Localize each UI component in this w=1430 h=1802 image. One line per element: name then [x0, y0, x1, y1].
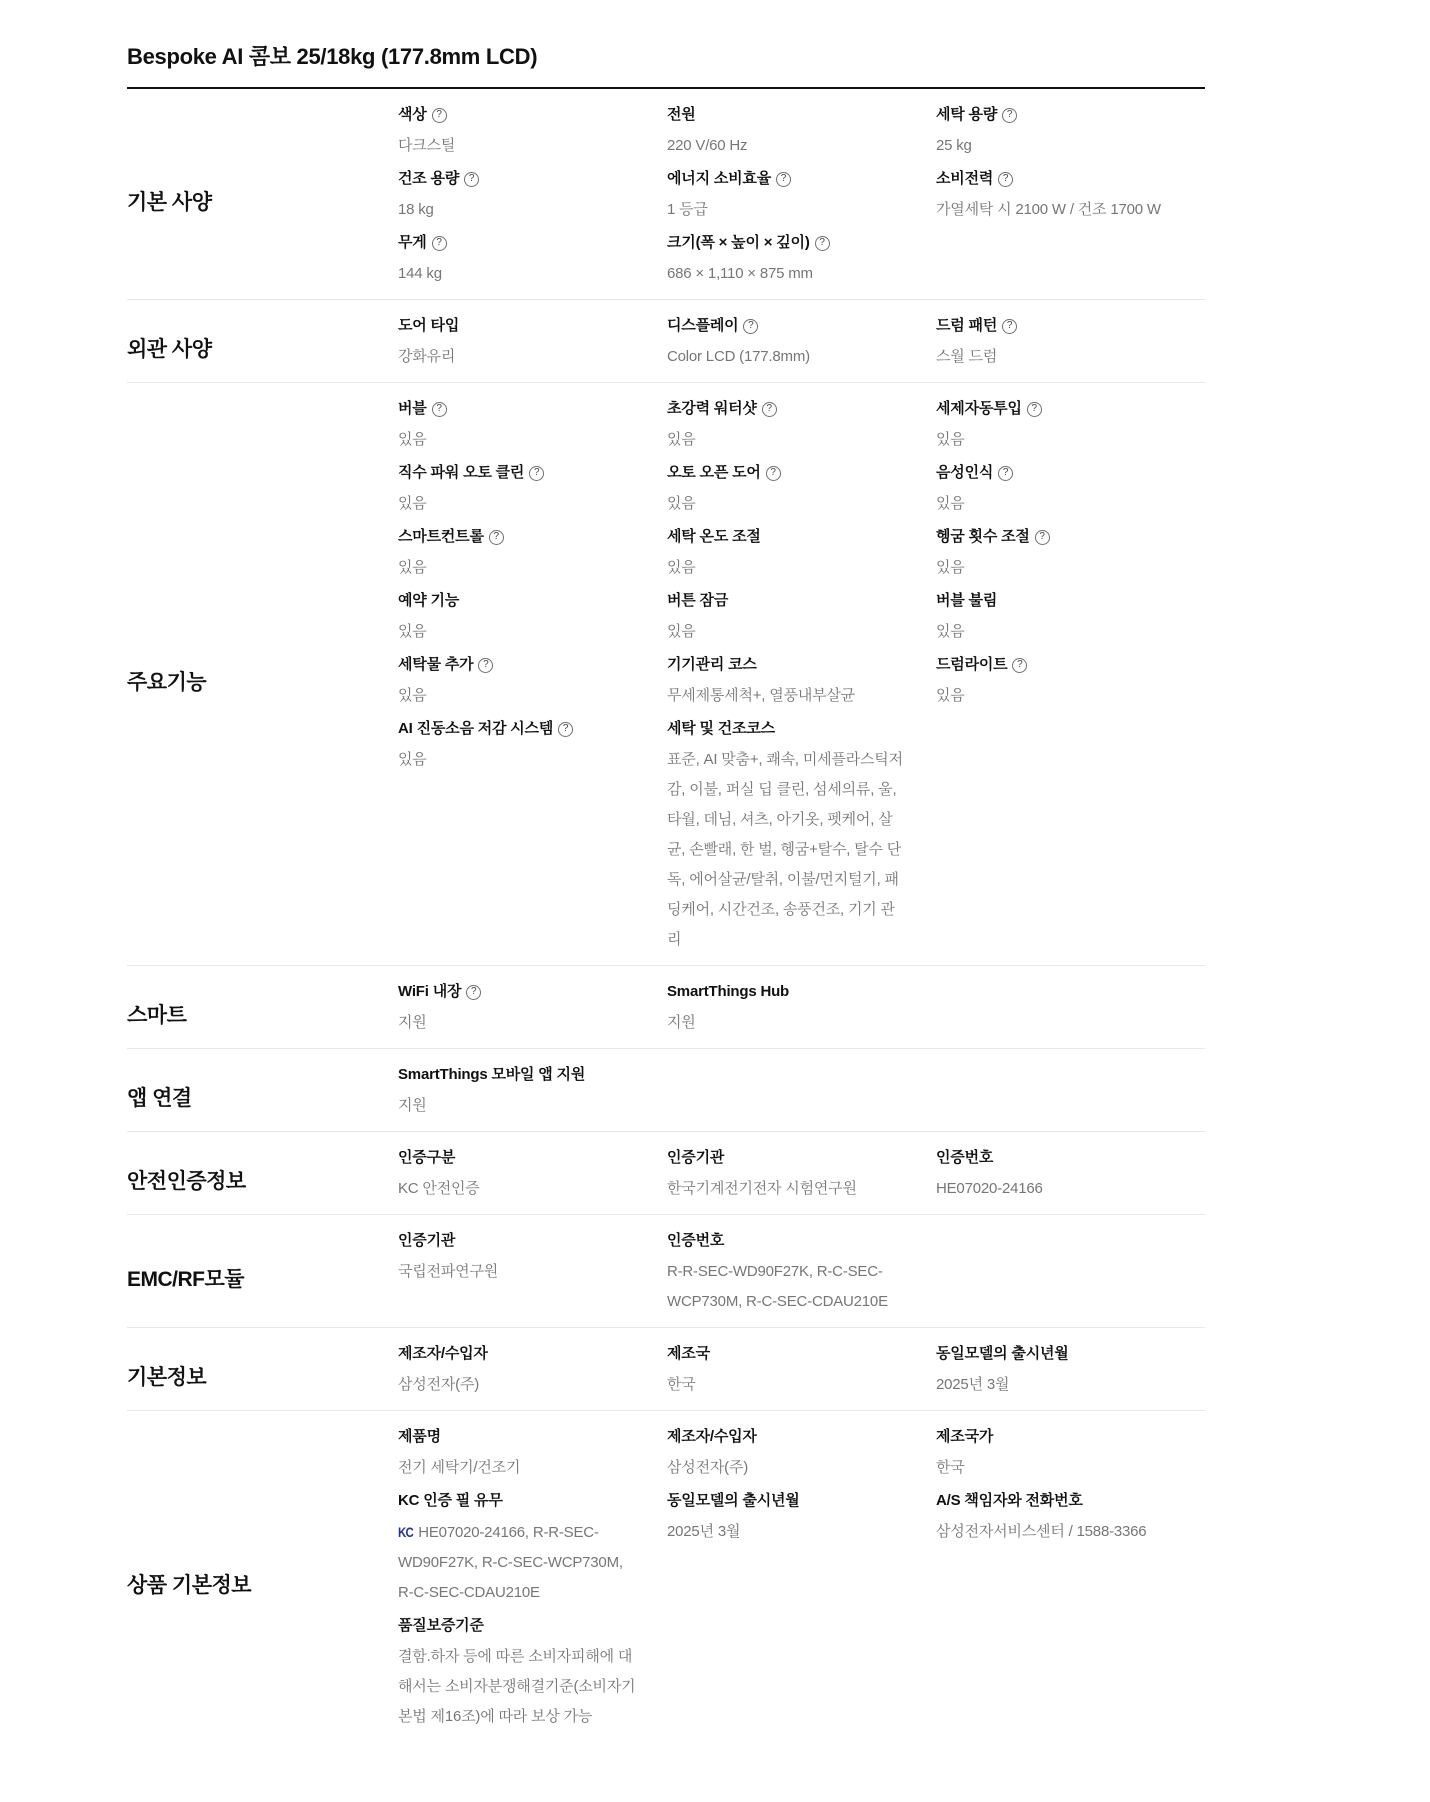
help-icon[interactable]: ?: [529, 466, 544, 481]
spec-value: 전기 세탁기/건조기: [398, 1453, 639, 1483]
spec-value: 다크스틸: [398, 131, 639, 161]
spec-label-row: 디스플레이?: [667, 316, 908, 336]
spec-item: 인증번호R-R-SEC-WD90F27K, R-C-SEC-WCP730M, R…: [667, 1231, 936, 1317]
spec-label: 품질보증기준: [398, 1617, 484, 1634]
spec-label: 제품명: [398, 1428, 441, 1445]
spec-label: SmartThings 모바일 앱 지원: [398, 1066, 585, 1083]
help-icon[interactable]: ?: [776, 172, 791, 187]
spec-label: 세제자동투입: [936, 400, 1022, 417]
spec-label-row: 드럼 패턴?: [936, 316, 1177, 336]
spec-label-row: 제조국: [667, 1344, 908, 1364]
spec-value: 삼성전자(주): [398, 1370, 639, 1400]
spec-value: 25 kg: [936, 131, 1177, 161]
spec-row: 제품명전기 세탁기/건조기제조자/수입자삼성전자(주)제조국가한국: [398, 1427, 1205, 1491]
spec-value: 있음: [398, 553, 639, 583]
spec-label-row: 인증번호: [667, 1231, 908, 1251]
spec-item: SmartThings 모바일 앱 지원지원: [398, 1065, 667, 1121]
spec-label: 무게: [398, 234, 427, 251]
spec-label: SmartThings Hub: [667, 983, 789, 1000]
spec-value-text: HE07020-24166, R-R-SEC-WD90F27K, R-C-SEC…: [398, 1524, 623, 1601]
spec-label: 에너지 소비효율: [667, 170, 771, 187]
spec-label: 세탁 용량: [936, 106, 997, 123]
spec-row: 품질보증기준결함.하자 등에 따른 소비자피해에 대해서는 소비자분쟁해결기준(…: [398, 1616, 1205, 1740]
spec-item: 색상?다크스틸: [398, 105, 667, 161]
help-icon[interactable]: ?: [998, 466, 1013, 481]
section-title: 기본 사양: [127, 186, 398, 216]
spec-item: SmartThings Hub지원: [667, 982, 936, 1038]
section-title: 주요기능: [127, 666, 398, 696]
spec-label-row: 건조 용량?: [398, 169, 639, 189]
spec-label: 버튼 잠금: [667, 592, 728, 609]
spec-value: 스월 드럼: [936, 342, 1177, 372]
spec-value: Color LCD (177.8mm): [667, 342, 908, 372]
spec-label: KC 인증 필 유무: [398, 1492, 503, 1509]
help-icon[interactable]: ?: [558, 722, 573, 737]
spec-value: 삼성전자(주): [667, 1453, 908, 1483]
spec-item: 오토 오픈 도어?있음: [667, 463, 936, 519]
spec-value: 한국기계전기전자 시험연구원: [667, 1174, 908, 1204]
help-icon[interactable]: ?: [478, 658, 493, 673]
spec-section-2: 주요기능버블?있음초강력 워터샷?있음세제자동투입?있음직수 파워 오토 클린?…: [127, 382, 1205, 965]
spec-row: 인증구분KC 안전인증인증기관한국기계전기전자 시험연구원인증번호HE07020…: [398, 1148, 1205, 1212]
spec-value: 지원: [667, 1008, 908, 1038]
spec-label-row: 색상?: [398, 105, 639, 125]
spec-label-row: A/S 책임자와 전화번호: [936, 1491, 1177, 1511]
spec-item: 버블?있음: [398, 399, 667, 455]
spec-item: 헹굼 횟수 조절?있음: [936, 527, 1205, 583]
spec-item: 드럼라이트?있음: [936, 655, 1205, 711]
spec-item: 스마트컨트롤?있음: [398, 527, 667, 583]
spec-label: 동일모델의 출시년월: [936, 1345, 1069, 1362]
spec-label: 색상: [398, 106, 427, 123]
spec-label-row: 세탁물 추가?: [398, 655, 639, 675]
spec-label: 오토 오픈 도어: [667, 464, 761, 481]
spec-value: 2025년 3월: [936, 1370, 1177, 1400]
help-icon[interactable]: ?: [464, 172, 479, 187]
spec-item: 드럼 패턴?스월 드럼: [936, 316, 1205, 372]
section-title: 앱 연결: [127, 1082, 398, 1112]
spec-value: KC 안전인증: [398, 1174, 639, 1204]
spec-label: 제조자/수입자: [398, 1345, 488, 1362]
spec-item: 인증기관한국기계전기전자 시험연구원: [667, 1148, 936, 1204]
spec-value: HE07020-24166: [936, 1174, 1177, 1204]
spec-label-row: 에너지 소비효율?: [667, 169, 908, 189]
spec-label-row: SmartThings 모바일 앱 지원: [398, 1065, 639, 1085]
help-icon[interactable]: ?: [998, 172, 1013, 187]
spec-label-row: 인증기관: [398, 1231, 639, 1251]
spec-label: 드럼 패턴: [936, 317, 997, 334]
help-icon[interactable]: ?: [743, 319, 758, 334]
spec-label: 제조국가: [936, 1428, 993, 1445]
section-body: 버블?있음초강력 워터샷?있음세제자동투입?있음직수 파워 오토 클린?있음오토…: [398, 399, 1205, 963]
spec-value: 한국: [667, 1370, 908, 1400]
spec-item: 버블 불림있음: [936, 591, 1205, 647]
spec-label: WiFi 내장: [398, 983, 461, 1000]
help-icon[interactable]: ?: [1027, 402, 1042, 417]
help-icon[interactable]: ?: [432, 236, 447, 251]
spec-item: KC 인증 필 유무KCHE07020-24166, R-R-SEC-WD90F…: [398, 1491, 667, 1608]
spec-value: 있음: [936, 617, 1177, 647]
spec-section-1: 외관 사양도어 타입강화유리디스플레이?Color LCD (177.8mm)드…: [127, 299, 1205, 382]
spec-item: 제조국한국: [667, 1344, 936, 1400]
spec-item: 디스플레이?Color LCD (177.8mm): [667, 316, 936, 372]
spec-label-row: 오토 오픈 도어?: [667, 463, 908, 483]
spec-item: 동일모델의 출시년월2025년 3월: [667, 1491, 936, 1608]
spec-label: 소비전력: [936, 170, 993, 187]
spec-label-row: 기기관리 코스: [667, 655, 908, 675]
spec-item: 세탁 용량?25 kg: [936, 105, 1205, 161]
spec-value: 지원: [398, 1008, 639, 1038]
spec-label: 드럼라이트: [936, 656, 1007, 673]
spec-item: 기기관리 코스무세제통세척+, 열풍내부살균: [667, 655, 936, 711]
spec-item: 예약 기능있음: [398, 591, 667, 647]
spec-row: 도어 타입강화유리디스플레이?Color LCD (177.8mm)드럼 패턴?…: [398, 316, 1205, 380]
help-icon[interactable]: ?: [1002, 319, 1017, 334]
spec-label-row: 버블?: [398, 399, 639, 419]
spec-label: 제조자/수입자: [667, 1428, 757, 1445]
spec-item: 세탁 및 건조코스표준, AI 맞춤+, 쾌속, 미세플라스틱저감, 이불, 퍼…: [667, 719, 936, 955]
spec-label: 버블: [398, 400, 427, 417]
spec-label-row: 인증기관: [667, 1148, 908, 1168]
spec-value: 있음: [398, 489, 639, 519]
help-icon[interactable]: ?: [766, 466, 781, 481]
spec-value: 1 등급: [667, 195, 908, 225]
spec-row: 색상?다크스틸전원220 V/60 Hz세탁 용량?25 kg: [398, 105, 1205, 169]
spec-label: 동일모델의 출시년월: [667, 1492, 800, 1509]
spec-label: 버블 불림: [936, 592, 997, 609]
spec-row: KC 인증 필 유무KCHE07020-24166, R-R-SEC-WD90F…: [398, 1491, 1205, 1616]
spec-label: 인증기관: [667, 1149, 724, 1166]
spec-label-row: 드럼라이트?: [936, 655, 1177, 675]
spec-row: 버블?있음초강력 워터샷?있음세제자동투입?있음: [398, 399, 1205, 463]
spec-item: 제조자/수입자삼성전자(주): [398, 1344, 667, 1400]
spec-label: 헹굼 횟수 조절: [936, 528, 1030, 545]
spec-label: 크기(폭 × 높이 × 깊이): [667, 234, 810, 251]
spec-label-row: 세제자동투입?: [936, 399, 1177, 419]
spec-item: A/S 책임자와 전화번호삼성전자서비스센터 / 1588-3366: [936, 1491, 1205, 1608]
spec-row: 예약 기능있음버튼 잠금있음버블 불림있음: [398, 591, 1205, 655]
spec-value: 있음: [936, 489, 1177, 519]
section-body: 도어 타입강화유리디스플레이?Color LCD (177.8mm)드럼 패턴?…: [398, 316, 1205, 380]
page-title: Bespoke AI 콤보 25/18kg (177.8mm LCD): [127, 40, 1205, 71]
spec-label-row: 소비전력?: [936, 169, 1177, 189]
spec-value: 있음: [667, 553, 908, 583]
spec-label-row: 음성인식?: [936, 463, 1177, 483]
spec-label: 음성인식: [936, 464, 993, 481]
kc-certification-icon: KC: [398, 1517, 413, 1547]
help-icon[interactable]: ?: [762, 402, 777, 417]
spec-item: 제품명전기 세탁기/건조기: [398, 1427, 667, 1483]
section-title: 스마트: [127, 999, 398, 1029]
spec-label-row: KC 인증 필 유무: [398, 1491, 639, 1511]
help-icon[interactable]: ?: [489, 530, 504, 545]
spec-label-row: 전원: [667, 105, 908, 125]
spec-row: 직수 파워 오토 클린?있음오토 오픈 도어?있음음성인식?있음: [398, 463, 1205, 527]
spec-label-row: 제조자/수입자: [667, 1427, 908, 1447]
spec-value: 있음: [936, 681, 1177, 711]
spec-label-row: 초강력 워터샷?: [667, 399, 908, 419]
spec-label: 건조 용량: [398, 170, 459, 187]
spec-value: 있음: [398, 681, 639, 711]
spec-label: 인증번호: [667, 1232, 724, 1249]
spec-section-0: 기본 사양색상?다크스틸전원220 V/60 Hz세탁 용량?25 kg건조 용…: [127, 89, 1205, 299]
spec-value: 한국: [936, 1453, 1177, 1483]
spec-label-row: 버블 불림: [936, 591, 1177, 611]
section-body: WiFi 내장?지원SmartThings Hub지원: [398, 982, 1205, 1046]
spec-item: 에너지 소비효율?1 등급: [667, 169, 936, 225]
spec-item: 소비전력?가열세탁 시 2100 W / 건조 1700 W: [936, 169, 1205, 225]
spec-value: 표준, AI 맞춤+, 쾌속, 미세플라스틱저감, 이불, 퍼실 딥 클린, 섬…: [667, 745, 908, 955]
spec-item: 건조 용량?18 kg: [398, 169, 667, 225]
spec-section-7: 기본정보제조자/수입자삼성전자(주)제조국한국동일모델의 출시년월2025년 3…: [127, 1327, 1205, 1410]
help-icon[interactable]: ?: [815, 236, 830, 251]
spec-item: 음성인식?있음: [936, 463, 1205, 519]
spec-label: 세탁 및 건조코스: [667, 720, 775, 737]
spec-section-8: 상품 기본정보제품명전기 세탁기/건조기제조자/수입자삼성전자(주)제조국가한국…: [127, 1410, 1205, 1742]
spec-item: 버튼 잠금있음: [667, 591, 936, 647]
spec-label: 스마트컨트롤: [398, 528, 484, 545]
section-title: 기본정보: [127, 1361, 398, 1391]
section-title: 상품 기본정보: [127, 1569, 398, 1599]
spec-section-6: EMC/RF모듈인증기관국립전파연구원인증번호R-R-SEC-WD90F27K,…: [127, 1214, 1205, 1327]
section-body: 제품명전기 세탁기/건조기제조자/수입자삼성전자(주)제조국가한국KC 인증 필…: [398, 1427, 1205, 1740]
help-icon[interactable]: ?: [1012, 658, 1027, 673]
spec-value: 220 V/60 Hz: [667, 131, 908, 161]
section-body: 인증구분KC 안전인증인증기관한국기계전기전자 시험연구원인증번호HE07020…: [398, 1148, 1205, 1212]
section-title: 안전인증정보: [127, 1165, 398, 1195]
spec-value: 144 kg: [398, 259, 639, 289]
spec-label: A/S 책임자와 전화번호: [936, 1492, 1083, 1509]
spec-item: 크기(폭 × 높이 × 깊이)?686 × 1,110 × 875 mm: [667, 233, 936, 289]
section-body: SmartThings 모바일 앱 지원지원: [398, 1065, 1205, 1129]
spec-value: 2025년 3월: [667, 1517, 908, 1547]
spec-label: 직수 파워 오토 클린: [398, 464, 524, 481]
spec-label-row: 품질보증기준: [398, 1616, 639, 1636]
spec-row: 제조자/수입자삼성전자(주)제조국한국동일모델의 출시년월2025년 3월: [398, 1344, 1205, 1408]
spec-value: 있음: [398, 745, 639, 775]
spec-label: 세탁 온도 조절: [667, 528, 761, 545]
help-icon[interactable]: ?: [1002, 108, 1017, 123]
spec-value: 있음: [936, 425, 1177, 455]
section-body: 색상?다크스틸전원220 V/60 Hz세탁 용량?25 kg건조 용량?18 …: [398, 105, 1205, 297]
spec-item: 세제자동투입?있음: [936, 399, 1205, 455]
spec-value: 국립전파연구원: [398, 1257, 639, 1287]
spec-row: WiFi 내장?지원SmartThings Hub지원: [398, 982, 1205, 1046]
spec-label-row: 도어 타입: [398, 316, 639, 336]
spec-item: 도어 타입강화유리: [398, 316, 667, 372]
spec-label-row: 직수 파워 오토 클린?: [398, 463, 639, 483]
spec-value: 18 kg: [398, 195, 639, 225]
spec-value: 있음: [667, 425, 908, 455]
spec-row: 인증기관국립전파연구원인증번호R-R-SEC-WD90F27K, R-C-SEC…: [398, 1231, 1205, 1325]
spec-section-4: 앱 연결SmartThings 모바일 앱 지원지원: [127, 1048, 1205, 1131]
spec-label-row: 세탁 용량?: [936, 105, 1177, 125]
spec-value: 있음: [667, 489, 908, 519]
spec-label: 인증구분: [398, 1149, 455, 1166]
spec-item: 제조국가한국: [936, 1427, 1205, 1483]
section-body: 제조자/수입자삼성전자(주)제조국한국동일모델의 출시년월2025년 3월: [398, 1344, 1205, 1408]
spec-section-5: 안전인증정보인증구분KC 안전인증인증기관한국기계전기전자 시험연구원인증번호H…: [127, 1131, 1205, 1214]
spec-label: 세탁물 추가: [398, 656, 473, 673]
spec-value: 지원: [398, 1091, 639, 1121]
spec-value: 무세제통세척+, 열풍내부살균: [667, 681, 908, 711]
spec-label-row: 동일모델의 출시년월: [667, 1491, 908, 1511]
spec-label-row: 동일모델의 출시년월: [936, 1344, 1177, 1364]
spec-label-row: 제품명: [398, 1427, 639, 1447]
spec-item: 인증번호HE07020-24166: [936, 1148, 1205, 1204]
spec-item: AI 진동소음 저감 시스템?있음: [398, 719, 667, 955]
section-title: 외관 사양: [127, 333, 398, 363]
spec-item: 세탁 온도 조절있음: [667, 527, 936, 583]
spec-row: 세탁물 추가?있음기기관리 코스무세제통세척+, 열풍내부살균드럼라이트?있음: [398, 655, 1205, 719]
spec-label-row: 제조자/수입자: [398, 1344, 639, 1364]
spec-label: 기기관리 코스: [667, 656, 757, 673]
spec-sections: 기본 사양색상?다크스틸전원220 V/60 Hz세탁 용량?25 kg건조 용…: [127, 89, 1205, 1742]
spec-label-row: AI 진동소음 저감 시스템?: [398, 719, 639, 739]
spec-label-row: 헹굼 횟수 조절?: [936, 527, 1177, 547]
spec-item: 품질보증기준결함.하자 등에 따른 소비자피해에 대해서는 소비자분쟁해결기준(…: [398, 1616, 667, 1732]
spec-label: 인증번호: [936, 1149, 993, 1166]
spec-item: 제조자/수입자삼성전자(주): [667, 1427, 936, 1483]
spec-item: WiFi 내장?지원: [398, 982, 667, 1038]
spec-row: 스마트컨트롤?있음세탁 온도 조절있음헹굼 횟수 조절?있음: [398, 527, 1205, 591]
spec-item: 세탁물 추가?있음: [398, 655, 667, 711]
spec-row: 건조 용량?18 kg에너지 소비효율?1 등급소비전력?가열세탁 시 2100…: [398, 169, 1205, 233]
spec-label-row: WiFi 내장?: [398, 982, 639, 1002]
spec-row: SmartThings 모바일 앱 지원지원: [398, 1065, 1205, 1129]
product-spec-page: Bespoke AI 콤보 25/18kg (177.8mm LCD) 기본 사…: [0, 0, 1430, 1802]
spec-label-row: SmartThings Hub: [667, 982, 908, 1002]
spec-label-row: 인증구분: [398, 1148, 639, 1168]
spec-value: R-R-SEC-WD90F27K, R-C-SEC-WCP730M, R-C-S…: [667, 1257, 908, 1317]
help-icon[interactable]: ?: [432, 108, 447, 123]
spec-label: 인증기관: [398, 1232, 455, 1249]
spec-label: 전원: [667, 106, 696, 123]
spec-item: 전원220 V/60 Hz: [667, 105, 936, 161]
spec-label-row: 예약 기능: [398, 591, 639, 611]
spec-item: 직수 파워 오토 클린?있음: [398, 463, 667, 519]
spec-row: 무게?144 kg크기(폭 × 높이 × 깊이)?686 × 1,110 × 8…: [398, 233, 1205, 297]
spec-item: 동일모델의 출시년월2025년 3월: [936, 1344, 1205, 1400]
spec-value: 있음: [667, 617, 908, 647]
spec-value: KCHE07020-24166, R-R-SEC-WD90F27K, R-C-S…: [398, 1517, 639, 1608]
spec-value: 강화유리: [398, 342, 639, 372]
spec-label-row: 인증번호: [936, 1148, 1177, 1168]
help-icon[interactable]: ?: [432, 402, 447, 417]
spec-label: AI 진동소음 저감 시스템: [398, 720, 553, 737]
spec-value: 삼성전자서비스센터 / 1588-3366: [936, 1517, 1177, 1547]
spec-label-row: 버튼 잠금: [667, 591, 908, 611]
spec-item: 초강력 워터샷?있음: [667, 399, 936, 455]
spec-item: 인증기관국립전파연구원: [398, 1231, 667, 1317]
spec-label: 초강력 워터샷: [667, 400, 757, 417]
spec-item: 무게?144 kg: [398, 233, 667, 289]
spec-section-3: 스마트WiFi 내장?지원SmartThings Hub지원: [127, 965, 1205, 1048]
spec-label-row: 세탁 및 건조코스: [667, 719, 908, 739]
help-icon[interactable]: ?: [1035, 530, 1050, 545]
spec-value: 있음: [398, 425, 639, 455]
spec-label: 예약 기능: [398, 592, 459, 609]
spec-value: 686 × 1,110 × 875 mm: [667, 259, 908, 289]
spec-label-row: 크기(폭 × 높이 × 깊이)?: [667, 233, 908, 253]
spec-value: 있음: [936, 553, 1177, 583]
spec-value: 가열세탁 시 2100 W / 건조 1700 W: [936, 195, 1177, 225]
spec-label-row: 제조국가: [936, 1427, 1177, 1447]
spec-label-row: 무게?: [398, 233, 639, 253]
help-icon[interactable]: ?: [466, 985, 481, 1000]
spec-label-row: 세탁 온도 조절: [667, 527, 908, 547]
spec-label: 제조국: [667, 1345, 710, 1362]
section-body: 인증기관국립전파연구원인증번호R-R-SEC-WD90F27K, R-C-SEC…: [398, 1231, 1205, 1325]
spec-label: 도어 타입: [398, 317, 459, 334]
spec-value: 결함.하자 등에 따른 소비자피해에 대해서는 소비자분쟁해결기준(소비자기본법…: [398, 1642, 639, 1732]
spec-row: AI 진동소음 저감 시스템?있음세탁 및 건조코스표준, AI 맞춤+, 쾌속…: [398, 719, 1205, 963]
spec-value: 있음: [398, 617, 639, 647]
spec-item: 인증구분KC 안전인증: [398, 1148, 667, 1204]
spec-label: 디스플레이: [667, 317, 738, 334]
section-title: EMC/RF모듈: [127, 1263, 398, 1293]
spec-label-row: 스마트컨트롤?: [398, 527, 639, 547]
